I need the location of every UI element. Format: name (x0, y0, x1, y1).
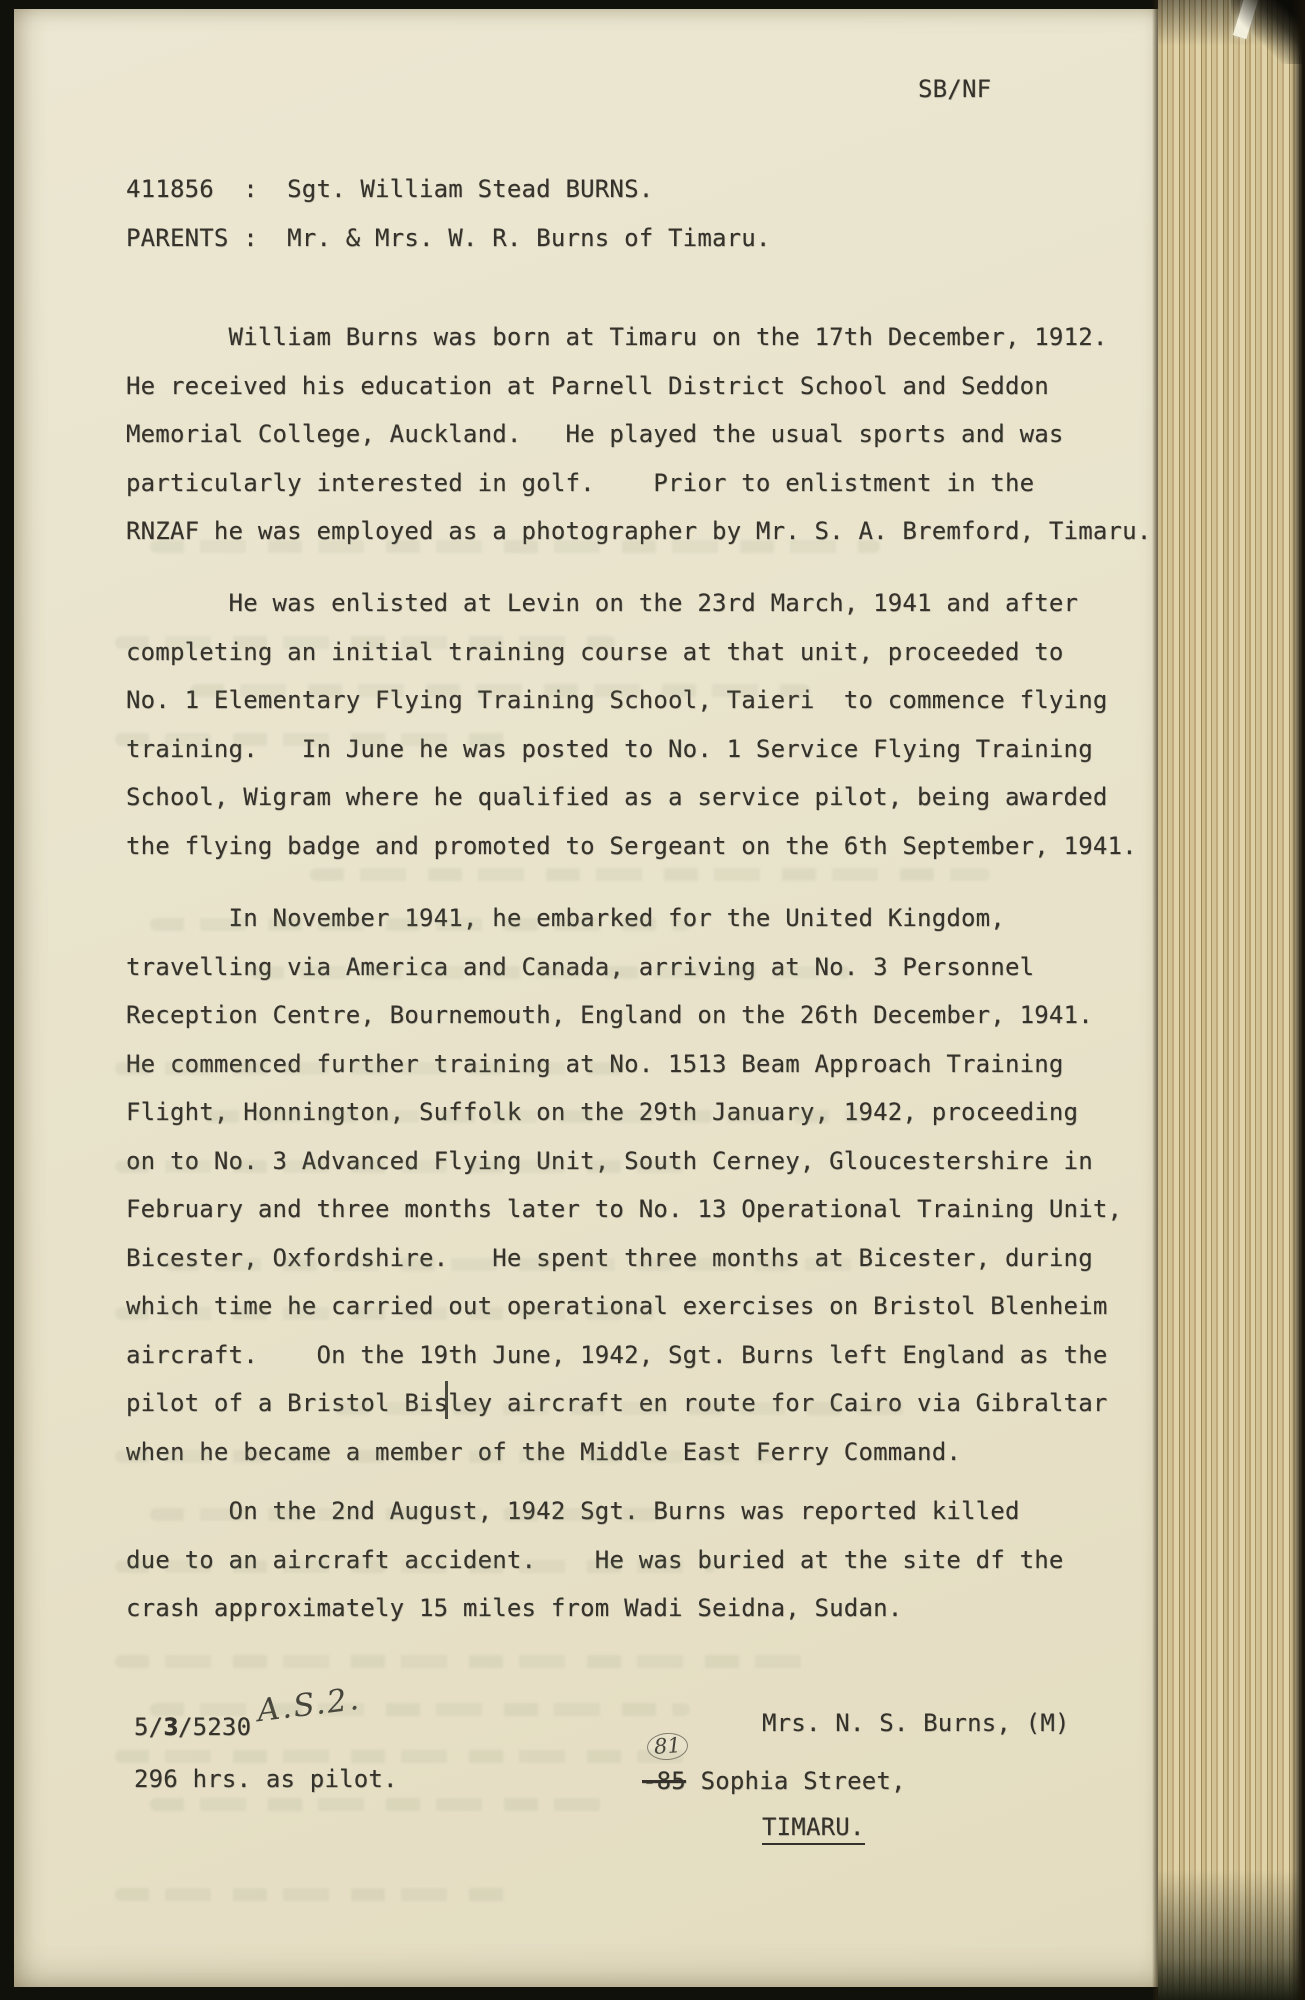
bleed-through-mark (115, 1450, 775, 1463)
bleed-through-mark (190, 684, 810, 697)
parents-line: PARENTS : Mr. & Mrs. W. R. Burns of Tima… (126, 226, 771, 250)
bleed-through-mark (310, 868, 990, 881)
typed-line: He received his education at Parnell Dis… (126, 374, 1049, 398)
flying-hours-line: 296 hrs. as pilot. (134, 1767, 398, 1791)
city-name: TIMARU. (762, 1813, 865, 1845)
bleed-through-mark (115, 1750, 695, 1763)
bleed-through-mark (115, 1655, 805, 1668)
document-page: SB/NF 411856 : Sgt. William Stead BURNS.… (14, 9, 1164, 1987)
photo-corner-shadow (1231, 0, 1305, 64)
file-number-prefix: 5/ (134, 1713, 163, 1741)
typed-line: William Burns was born at Timaru on the … (126, 325, 1108, 349)
bleed-through-mark (115, 636, 615, 649)
typed-line: He was enlisted at Levin on the 23rd Mar… (126, 591, 1078, 615)
bleed-through-mark (115, 1888, 515, 1901)
typed-line: February and three months later to No. 1… (126, 1197, 1122, 1221)
bleed-through-mark (150, 1798, 610, 1811)
bleed-through-mark (115, 1560, 715, 1573)
book-photo: SB/NF 411856 : Sgt. William Stead BURNS.… (0, 0, 1305, 2000)
service-number-line: 411856 : Sgt. William Stead BURNS. (126, 177, 653, 201)
book-fore-edge (1158, 0, 1305, 2000)
file-reference: SB/NF (918, 77, 991, 101)
typed-line: crash approximately 15 miles from Wadi S… (126, 1596, 902, 1620)
bleed-through-mark (115, 1160, 695, 1173)
bleed-through-mark (150, 1703, 690, 1716)
bleed-through-mark (150, 540, 880, 553)
file-number-overtyped-digit: 3 (163, 1713, 178, 1741)
typed-line: particularly interested in golf. Prior t… (126, 471, 1034, 495)
street-name: Sophia Street, (686, 1767, 906, 1795)
bleed-through-mark (205, 1110, 865, 1123)
struck-house-number: -85 (642, 1767, 686, 1795)
bleed-through-mark (115, 1062, 635, 1075)
street-address-line: -85 Sophia Street, (642, 1769, 906, 1793)
bleed-through-mark (165, 1258, 865, 1271)
bleed-through-mark (150, 1508, 670, 1521)
bleed-through-mark (115, 733, 515, 746)
bleed-through-mark (335, 1402, 915, 1415)
typed-line: Memorial College, Auckland. He played th… (126, 422, 1064, 446)
file-number-line: 5/3/5230 (134, 1715, 251, 1739)
bleed-through-mark (115, 1307, 655, 1320)
typed-line: School, Wigram where he qualified as a s… (126, 785, 1108, 809)
next-of-kin-name: Mrs. N. S. Burns, (M) (762, 1711, 1070, 1735)
city-line: TIMARU. (762, 1815, 865, 1839)
bleed-through-mark (250, 966, 850, 979)
file-number-suffix: /5230 (178, 1713, 251, 1741)
typed-line: aircraft. On the 19th June, 1942, Sgt. B… (126, 1343, 1108, 1367)
bleed-through-mark (150, 918, 690, 931)
typed-line: the flying badge and promoted to Sergean… (126, 834, 1137, 858)
typed-line: Reception Centre, Bournemouth, England o… (126, 1003, 1093, 1027)
